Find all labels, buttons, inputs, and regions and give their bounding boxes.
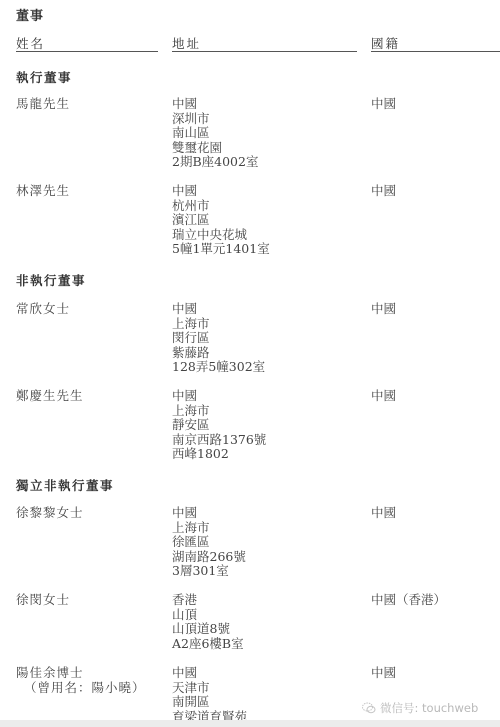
director-name: 徐閔女士 [16,593,70,608]
address-line: 山頂道8號 [172,622,244,637]
address-line: A2座6樓B室 [172,637,244,652]
address-line: 山頂 [172,608,244,623]
column-header-address: 地址 [172,34,357,52]
address-line: 上海市 [172,317,265,332]
director-name: 馬龍先生 [16,97,70,112]
director-former-name: （曾用名：陽小曉） [16,681,146,696]
director-nationality: 中國 [371,184,396,199]
director-name: 常欣女士 [16,302,70,317]
address-line: 紫藤路 [172,346,265,361]
section-heading-non-executive: 非執行董事 [16,271,86,289]
director-address: 香港 山頂 山頂道8號 A2座6樓B室 [172,593,244,651]
address-line: 杭州市 [172,199,270,214]
director-address: 中國 上海市 靜安區 南京西路1376號 西峰1802 [172,389,266,462]
watermark: 微信号: touchweb [362,700,478,716]
address-line: 中國 [172,302,265,317]
address-line: 湖南路266號 [172,550,246,565]
director-address: 中國 杭州市 濱江區 瑞立中央花城 5幢1單元1401室 [172,184,270,257]
address-line: 西峰1802 [172,447,266,462]
address-line: 閔行區 [172,331,265,346]
director-name: 徐黎黎女士 [16,506,84,521]
section-heading-independent: 獨立非執行董事 [16,476,114,494]
director-address: 中國 上海市 閔行區 紫藤路 128弄5幢302室 [172,302,265,375]
column-header-name: 姓名 [16,34,158,52]
address-line: 雙璽花園 [172,141,258,156]
address-line: 香港 [172,593,244,608]
address-line: 中國 [172,666,247,681]
director-address: 中國 天津市 南開區 育梁道育賢苑 [172,666,247,724]
director-address: 中國 上海市 徐匯區 湖南路266號 3層301室 [172,506,246,579]
director-nationality: 中國 [371,97,396,112]
address-line: 南京西路1376號 [172,433,266,448]
watermark-text: 微信号: touchweb [380,700,478,716]
address-line: 上海市 [172,521,246,536]
address-line: 天津市 [172,681,247,696]
director-name: 陽佳余博士 [16,665,84,680]
address-line: 靜安區 [172,418,266,433]
director-address: 中國 深圳市 南山區 雙璽花園 2期B座4002室 [172,97,258,170]
address-line: 中國 [172,184,270,199]
address-line: 5幢1單元1401室 [172,242,270,257]
address-line: 瑞立中央花城 [172,228,270,243]
address-line: 128弄5幢302室 [172,360,265,375]
address-line: 南山區 [172,126,258,141]
address-line: 深圳市 [172,112,258,127]
address-line: 2期B座4002室 [172,155,258,170]
director-nationality: 中國（香港） [371,593,446,608]
address-line: 南開區 [172,695,247,710]
column-header-nationality: 國籍 [371,34,500,52]
director-nationality: 中國 [371,506,396,521]
address-line: 徐匯區 [172,535,246,550]
section-heading-executive: 執行董事 [16,68,72,86]
wechat-icon [362,702,376,714]
address-line: 上海市 [172,404,266,419]
address-line: 3層301室 [172,564,246,579]
address-line: 濱江區 [172,213,270,228]
page-title: 董事 [16,5,44,24]
address-line: 中國 [172,389,266,404]
director-nationality: 中國 [371,666,396,681]
director-nationality: 中國 [371,302,396,317]
bottom-band [0,720,500,727]
director-name: 林澤先生 [16,184,70,199]
address-line: 中國 [172,506,246,521]
director-name-block: 陽佳余博士 （曾用名：陽小曉） [16,666,146,695]
director-name: 鄭慶生先生 [16,389,84,404]
director-nationality: 中國 [371,389,396,404]
address-line: 中國 [172,97,258,112]
